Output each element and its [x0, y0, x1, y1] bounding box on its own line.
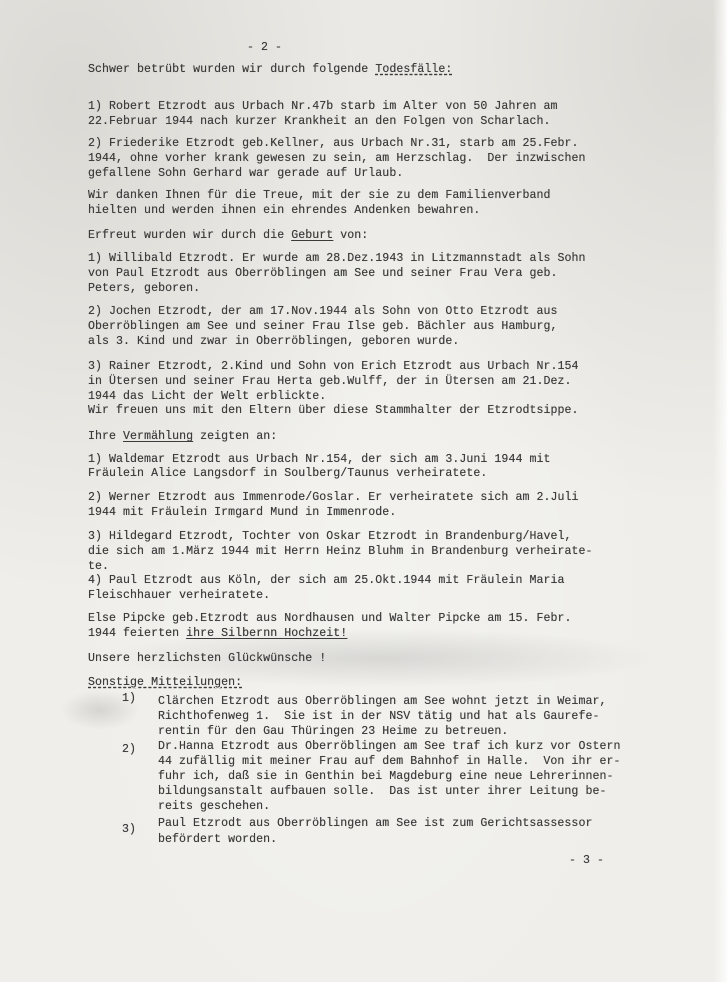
page-number-footer: - 3 - [569, 854, 604, 868]
birth-item-1-line-1: 1) Willibald Etzrodt. Er wurde am 28.Dez… [88, 252, 586, 266]
births-heading-underlined: Geburt [291, 229, 333, 242]
marriage-item-4-line-2: Fleischhauer verheiratete. [88, 589, 270, 603]
births-heading-text: Erfreut wurden wir durch die [88, 229, 291, 242]
deaths-heading: Schwer betrübt wurden wir durch folgende… [88, 63, 452, 77]
other-item-1-line-1: Clärchen Etzrodt aus Oberröblingen am Se… [158, 695, 606, 709]
marriages-heading-suffix: zeigten an: [193, 430, 277, 443]
paper-edge [713, 0, 727, 982]
marriage-item-3-line-1: 3) Hildegard Etzrodt, Tochter von Oskar … [88, 530, 572, 544]
other-item-2-line-1: Dr.Hanna Etzrodt aus Oberröblingen am Se… [158, 740, 621, 754]
death-item-1-line-1: 1) Robert Etzrodt aus Urbach Nr.47b star… [88, 100, 558, 114]
other-item-1-line-3: rentin für den Gau Thüringen 23 Heime zu… [158, 725, 508, 739]
marriage-item-1-line-2: Fräulein Alice Langsdorf in Soulberg/Tau… [88, 467, 487, 481]
other-item-1-line-2: Richthofenweg 1. Sie ist in der NSV täti… [158, 710, 599, 724]
congratulations: Unsere herzlichsten Glückwünsche ! [88, 652, 326, 666]
deaths-closing-line-1: Wir danken Ihnen für die Treue, mit der … [88, 189, 551, 203]
death-item-2-line-3: gefallene Sohn Gerhard war gerade auf Ur… [88, 167, 403, 181]
other-item-1-number: 1) [122, 692, 136, 706]
deaths-heading-text: Schwer betrübt wurden wir durch folgende [88, 63, 375, 76]
page-number-header: - 2 - [247, 41, 282, 55]
other-item-2-line-4: bildungsanstalt aufbauen solle. Das ist … [158, 785, 606, 799]
birth-item-2-line-2: Oberröblingen am See und seiner Frau Ils… [88, 320, 558, 334]
births-heading-suffix: von: [333, 229, 368, 242]
death-item-1-line-2: 22.Februar 1944 nach kurzer Krankheit an… [88, 115, 551, 129]
silver-wedding-underlined: ihre Silbernn Hochzeit! [186, 627, 347, 640]
birth-item-1-line-2: von Paul Etzrodt aus Oberröblingen am Se… [88, 267, 558, 281]
marriages-heading: Ihre Vermählung zeigten an: [88, 430, 277, 444]
other-item-2-line-2: 44 zufällig mit meiner Frau auf dem Bahn… [158, 755, 621, 769]
death-item-2-line-1: 2) Friederike Etzrodt geb.Kellner, aus U… [88, 137, 579, 151]
birth-item-1-line-3: Peters, geboren. [88, 282, 200, 296]
marriages-heading-text: Ihre [88, 430, 123, 443]
marriage-item-1-line-1: 1) Waldemar Etzrodt aus Urbach Nr.154, d… [88, 453, 551, 467]
other-item-3-number: 3) [122, 823, 136, 837]
other-item-3-line-1: Paul Etzrodt aus Oberröblingen am See is… [158, 817, 592, 831]
death-item-2-line-2: 1944, ohne vorher krank gewesen zu sein,… [88, 152, 586, 166]
marriage-item-4-line-1: 4) Paul Etzrodt aus Köln, der sich am 25… [88, 574, 565, 588]
birth-item-3-line-3: 1944 das Licht der Welt erblickte. [88, 390, 326, 404]
other-heading: Sonstige Mitteilungen: [88, 676, 242, 690]
birth-item-2-line-3: als 3. Kind und zwar in Oberröblingen, g… [88, 335, 459, 349]
birth-item-2-line-1: 2) Jochen Etzrodt, der am 17.Nov.1944 al… [88, 305, 558, 319]
births-closing: Wir freuen uns mit den Eltern über diese… [88, 404, 579, 418]
other-item-2-line-3: fuhr ich, daß sie in Genthin bei Magdebu… [158, 770, 613, 784]
marriages-heading-underlined: Vermählung [123, 430, 193, 443]
birth-item-3-line-2: in Ütersen und seiner Frau Herta geb.Wul… [88, 375, 572, 389]
silver-wedding-line-1: Else Pipcke geb.Etzrodt aus Nordhausen u… [88, 612, 572, 626]
marriage-item-3-line-3: te. [88, 560, 109, 574]
other-item-2-number: 2) [122, 743, 136, 757]
marriage-item-2-line-2: 1944 mit Fräulein Irmgard Mund in Immenr… [88, 506, 396, 520]
birth-item-3-line-1: 3) Rainer Etzrodt, 2.Kind und Sohn von E… [88, 360, 579, 374]
marriage-item-3-line-2: die sich am 1.März 1944 mit Herrn Heinz … [88, 545, 593, 559]
silver-wedding-line-2: 1944 feierten ihre Silbernn Hochzeit! [88, 627, 347, 641]
other-item-3-line-2: befördert worden. [158, 833, 277, 847]
other-item-2-line-5: reits geschehen. [158, 800, 270, 814]
births-heading: Erfreut wurden wir durch die Geburt von: [88, 229, 368, 243]
marriage-item-2-line-1: 2) Werner Etzrodt aus Immenrode/Goslar. … [88, 491, 579, 505]
deaths-heading-underlined: Todesfälle: [375, 63, 452, 76]
deaths-closing-line-2: hielten und werden ihnen ein ehrendes An… [88, 204, 480, 218]
document-page: - 2 - Schwer betrübt wurden wir durch fo… [0, 0, 727, 982]
silver-wedding-text: 1944 feierten [88, 627, 186, 640]
